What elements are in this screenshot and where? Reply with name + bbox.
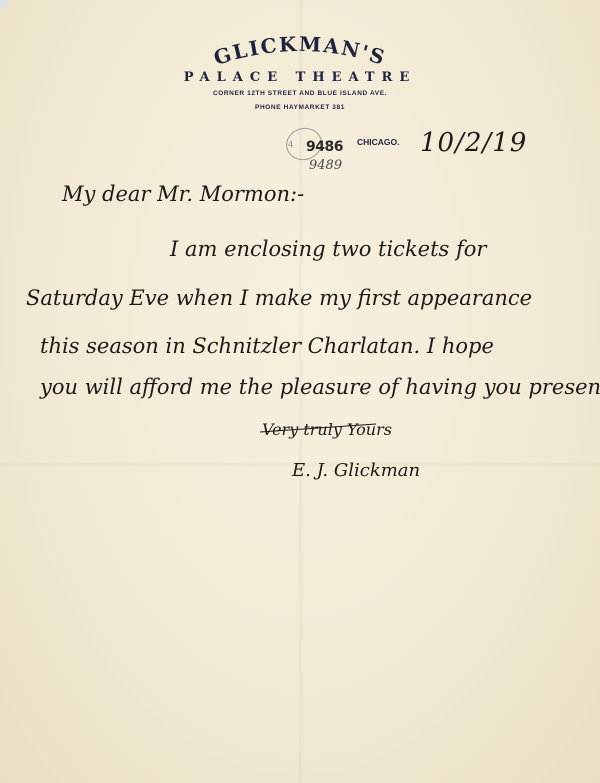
letterhead-address: CORNER 12TH STREET AND BLUE ISLAND AVE.	[0, 90, 600, 97]
body-line: you will afford me the pleasure of havin…	[40, 375, 600, 399]
body-line: I am enclosing two tickets for	[170, 237, 486, 261]
strikethrough-mark	[258, 418, 378, 442]
letterhead-city: CHICAGO.	[357, 137, 400, 147]
letterhead-name-arc: GLICKMAN'S	[170, 18, 430, 78]
body-line: Saturday Eve when I make my first appear…	[26, 286, 532, 310]
torn-corner	[0, 0, 12, 12]
signature: E. J. Glickman	[292, 460, 420, 481]
letter-date: 10/2/19	[420, 128, 527, 158]
svg-text:GLICKMAN'S: GLICKMAN'S	[211, 32, 389, 70]
letterhead-name: GLICKMAN'S	[211, 32, 389, 70]
circled-pencil-number: 4	[288, 140, 293, 149]
letterhead-phone: PHONE HAYMARKET 381	[0, 104, 600, 111]
salutation: My dear Mr. Mormon:-	[62, 182, 304, 206]
letterhead-venue: PALACE THEATRE	[0, 70, 600, 85]
pencil-archive-number: 9489	[309, 158, 342, 173]
body-line: this season in Schnitzler Charlatan. I h…	[40, 334, 494, 358]
stamped-archive-number: 9486	[306, 139, 343, 155]
